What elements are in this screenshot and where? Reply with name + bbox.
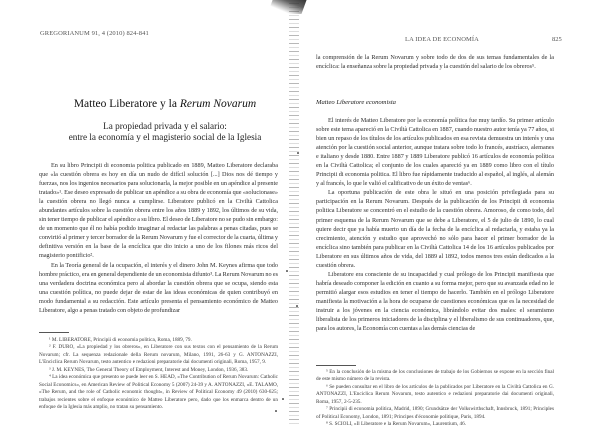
footnote: ⁶ Se pueden consultar en el libro de los… xyxy=(316,384,554,406)
document-spread: GREGORIANUM 91, 4 (2010) 824-841 Matteo … xyxy=(0,0,600,427)
footnote: ² F. DURO, «La propiedad y los obreros»,… xyxy=(39,344,278,366)
scan-speck xyxy=(296,305,298,307)
article-title: Matteo Liberatore y la Rerum Novarum xyxy=(40,98,290,110)
article-subtitle: La propiedad privada y el salario: entre… xyxy=(36,121,292,143)
footnote: ⁷ Principii di economia politica, Madrid… xyxy=(316,406,554,421)
footnote-separator xyxy=(39,332,69,333)
footnote-separator xyxy=(316,365,356,366)
footnote: ⁵ En la conclusión de la misma de los co… xyxy=(316,369,554,384)
body-paragraph: La oportuna publicación de este obra le … xyxy=(316,188,554,269)
footnote: ⁴ La idea económica que presento se pued… xyxy=(39,374,278,411)
section-heading: Matteo Liberatore economista xyxy=(316,99,396,106)
left-body-text: En su libro Principii di economia politi… xyxy=(39,161,278,315)
scan-speck xyxy=(297,152,299,154)
right-body-text: El interés de Matteo Liberatore por la e… xyxy=(316,116,554,333)
body-paragraph: En su libro Principii di economia politi… xyxy=(39,161,278,261)
page-number: 825 xyxy=(552,36,562,43)
subtitle-line-2: entre la economía y el magisterio social… xyxy=(36,132,292,143)
body-paragraph: En la Teoría general de la ocupación, el… xyxy=(39,261,278,315)
footnote: ¹ M. LIBERATORE, Principii di economia p… xyxy=(39,337,278,344)
journal-citation: GREGORIANUM 91, 4 (2010) 824-841 xyxy=(40,30,149,37)
scan-speck xyxy=(282,398,284,400)
right-footnotes: ⁵ En la conclusión de la misma de los co… xyxy=(316,369,554,427)
article-title-main: Matteo Liberatore y la xyxy=(74,98,180,110)
subtitle-line-1: La propiedad privada y el salario: xyxy=(36,121,292,132)
left-footnotes: ¹ M. LIBERATORE, Principii di economia p… xyxy=(39,337,278,412)
body-paragraph: la comprensión de la Rerum Novarum y sob… xyxy=(316,53,554,71)
running-head: LA IDEA DE ECONOMÍA xyxy=(405,36,479,43)
scan-speck xyxy=(275,410,277,412)
footnote: ⁸ S. SCIOLI, «Il Liberatore e la Rerum N… xyxy=(316,421,554,427)
right-page: LA IDEA DE ECONOMÍA 825 la comprensión d… xyxy=(300,0,600,427)
body-paragraph: Liberatore era consciente de su incapaci… xyxy=(316,270,554,333)
scan-speck xyxy=(286,270,288,272)
body-paragraph: El interés de Matteo Liberatore por la e… xyxy=(316,116,554,188)
article-title-italic: Rerum Novarum xyxy=(180,98,256,110)
book-spine-gutter xyxy=(289,0,299,427)
left-page: GREGORIANUM 91, 4 (2010) 824-841 Matteo … xyxy=(0,0,292,427)
right-intro-text: la comprensión de la Rerum Novarum y sob… xyxy=(316,53,554,71)
